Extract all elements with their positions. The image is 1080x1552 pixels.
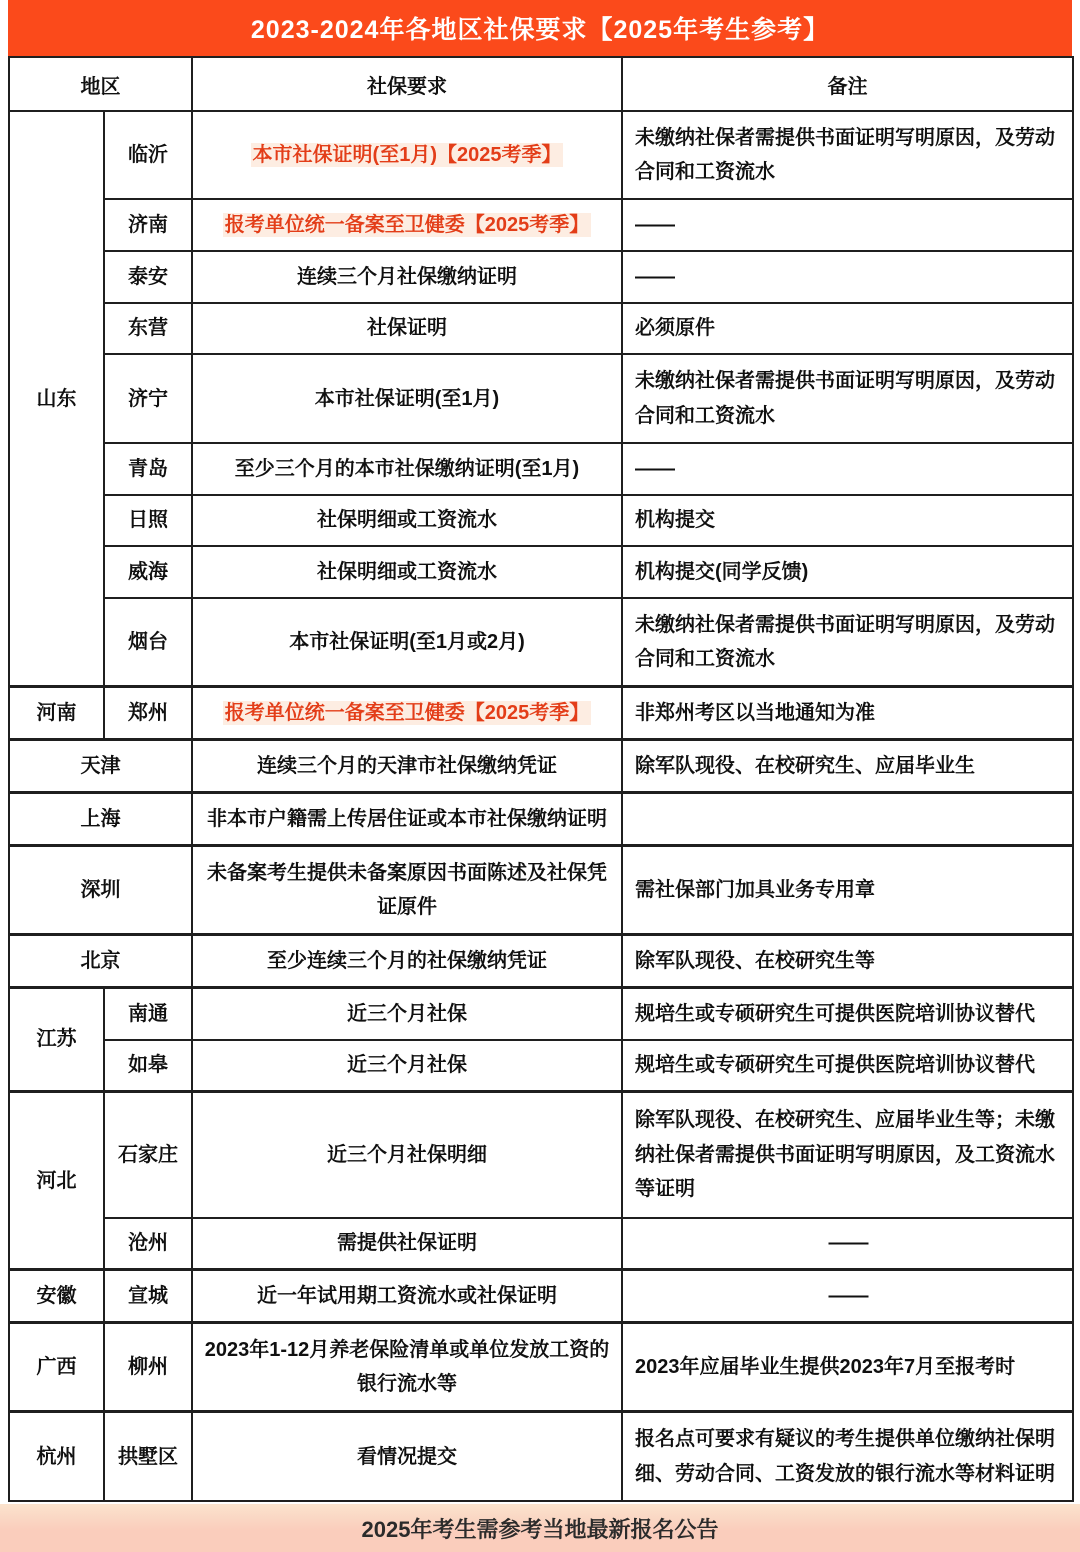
requirement-cell: 社保明细或工资流水 <box>192 495 622 547</box>
region-cell: 天津 <box>9 740 192 793</box>
table-row: 上海非本市户籍需上传居住证或本市社保缴纳证明 <box>9 792 1073 845</box>
table-row: 安徽宣城近一年试用期工资流水或社保证明—— <box>9 1270 1073 1323</box>
note-cell <box>622 792 1073 845</box>
city-cell: 东营 <box>104 303 192 355</box>
note-cell: —— <box>622 199 1073 251</box>
requirement-cell: 近一年试用期工资流水或社保证明 <box>192 1270 622 1323</box>
table-row: 河北石家庄近三个月社保明细除军队现役、在校研究生、应届毕业生等；未缴纳社保者需提… <box>9 1092 1073 1218</box>
region-cell: 深圳 <box>9 845 192 934</box>
city-cell: 青岛 <box>104 443 192 495</box>
table-row: 济南报考单位统一备案至卫健委【2025考季】—— <box>9 199 1073 251</box>
note-cell: 规培生或专硕研究生可提供医院培训协议替代 <box>622 1040 1073 1092</box>
city-cell: 济宁 <box>104 354 192 442</box>
title-bar: 2023-2024年各地区社保要求【2025年考生参考】 <box>8 0 1072 56</box>
header-requirement: 社保要求 <box>192 57 622 111</box>
city-cell: 南通 <box>104 987 192 1039</box>
requirement-cell: 需提供社保证明 <box>192 1218 622 1270</box>
note-cell: —— <box>622 251 1073 303</box>
city-cell: 临沂 <box>104 111 192 199</box>
table-row: 天津连续三个月的天津市社保缴纳凭证除军队现役、在校研究生、应届毕业生 <box>9 740 1073 793</box>
city-cell: 泰安 <box>104 251 192 303</box>
highlighted-requirement-text: 本市社保证明(至1月)【2025考季】 <box>251 143 564 167</box>
table-row: 烟台本市社保证明(至1月或2月)未缴纳社保者需提供书面证明写明原因，及劳动合同和… <box>9 598 1073 687</box>
requirement-cell: 连续三个月社保缴纳证明 <box>192 251 622 303</box>
table-row: 东营社保证明必须原件 <box>9 303 1073 355</box>
table-row: 广西柳州2023年1-12月养老保险清单或单位发放工资的银行流水等2023年应届… <box>9 1323 1073 1412</box>
city-cell: 柳州 <box>104 1323 192 1412</box>
table-row: 杭州拱墅区看情况提交报名点可要求有疑议的考生提供单位缴纳社保明细、劳动合同、工资… <box>9 1412 1073 1501</box>
requirement-cell: 2023年1-12月养老保险清单或单位发放工资的银行流水等 <box>192 1323 622 1412</box>
region-cell: 广西 <box>9 1323 104 1412</box>
requirement-cell: 社保证明 <box>192 303 622 355</box>
requirement-cell: 报考单位统一备案至卫健委【2025考季】 <box>192 687 622 740</box>
city-cell: 烟台 <box>104 598 192 687</box>
table-row: 日照社保明细或工资流水机构提交 <box>9 495 1073 547</box>
footer-banner: 2025年考生需参考当地最新报名公告 <box>0 1504 1080 1552</box>
table-row: 泰安连续三个月社保缴纳证明—— <box>9 251 1073 303</box>
city-cell: 拱墅区 <box>104 1412 192 1501</box>
highlighted-requirement-text: 报考单位统一备案至卫健委【2025考季】 <box>223 213 592 237</box>
header-region: 地区 <box>9 57 192 111</box>
region-cell: 杭州 <box>9 1412 104 1501</box>
region-cell: 河南 <box>9 687 104 740</box>
requirement-cell: 报考单位统一备案至卫健委【2025考季】 <box>192 199 622 251</box>
note-cell: 规培生或专硕研究生可提供医院培训协议替代 <box>622 987 1073 1039</box>
region-cell: 安徽 <box>9 1270 104 1323</box>
requirement-cell: 本市社保证明(至1月)【2025考季】 <box>192 111 622 199</box>
note-cell: 机构提交(同学反馈) <box>622 546 1073 598</box>
note-cell: 未缴纳社保者需提供书面证明写明原因，及劳动合同和工资流水 <box>622 598 1073 687</box>
page: 2023-2024年各地区社保要求【2025年考生参考】 地区 社保要求 备注 … <box>0 0 1080 1552</box>
note-cell: 非郑州考区以当地通知为准 <box>622 687 1073 740</box>
note-cell: 2023年应届毕业生提供2023年7月至报考时 <box>622 1323 1073 1412</box>
requirements-table: 地区 社保要求 备注 山东临沂本市社保证明(至1月)【2025考季】未缴纳社保者… <box>8 56 1074 1502</box>
region-cell: 河北 <box>9 1092 104 1270</box>
region-cell: 江苏 <box>9 987 104 1091</box>
note-cell: —— <box>622 1270 1073 1323</box>
region-cell: 北京 <box>9 935 192 988</box>
note-cell: 未缴纳社保者需提供书面证明写明原因，及劳动合同和工资流水 <box>622 354 1073 442</box>
note-cell: 机构提交 <box>622 495 1073 547</box>
requirement-cell: 至少连续三个月的社保缴纳凭证 <box>192 935 622 988</box>
city-cell: 沧州 <box>104 1218 192 1270</box>
note-cell: 必须原件 <box>622 303 1073 355</box>
note-cell: 未缴纳社保者需提供书面证明写明原因，及劳动合同和工资流水 <box>622 111 1073 199</box>
requirement-cell: 连续三个月的天津市社保缴纳凭证 <box>192 740 622 793</box>
table-row: 山东临沂本市社保证明(至1月)【2025考季】未缴纳社保者需提供书面证明写明原因… <box>9 111 1073 199</box>
requirement-cell: 至少三个月的本市社保缴纳证明(至1月) <box>192 443 622 495</box>
requirement-cell: 近三个月社保 <box>192 987 622 1039</box>
note-cell: 除军队现役、在校研究生等 <box>622 935 1073 988</box>
requirement-cell: 近三个月社保明细 <box>192 1092 622 1218</box>
footer-text: 2025年考生需参考当地最新报名公告 <box>362 1513 719 1544</box>
table-row: 河南郑州报考单位统一备案至卫健委【2025考季】非郑州考区以当地通知为准 <box>9 687 1073 740</box>
requirement-cell: 社保明细或工资流水 <box>192 546 622 598</box>
note-cell: 需社保部门加具业务专用章 <box>622 845 1073 934</box>
requirement-cell: 本市社保证明(至1月) <box>192 354 622 442</box>
city-cell: 如皋 <box>104 1040 192 1092</box>
city-cell: 郑州 <box>104 687 192 740</box>
requirement-cell: 未备案考生提供未备案原因书面陈述及社保凭证原件 <box>192 845 622 934</box>
requirement-cell: 看情况提交 <box>192 1412 622 1501</box>
city-cell: 宣城 <box>104 1270 192 1323</box>
table-row: 江苏南通近三个月社保规培生或专硕研究生可提供医院培训协议替代 <box>9 987 1073 1039</box>
table-row: 深圳未备案考生提供未备案原因书面陈述及社保凭证原件需社保部门加具业务专用章 <box>9 845 1073 934</box>
note-cell: —— <box>622 443 1073 495</box>
city-cell: 石家庄 <box>104 1092 192 1218</box>
header-row: 地区 社保要求 备注 <box>9 57 1073 111</box>
requirement-cell: 本市社保证明(至1月或2月) <box>192 598 622 687</box>
table-body: 山东临沂本市社保证明(至1月)【2025考季】未缴纳社保者需提供书面证明写明原因… <box>9 111 1073 1501</box>
table-row: 青岛至少三个月的本市社保缴纳证明(至1月)—— <box>9 443 1073 495</box>
city-cell: 济南 <box>104 199 192 251</box>
city-cell: 威海 <box>104 546 192 598</box>
note-cell: 除军队现役、在校研究生、应届毕业生 <box>622 740 1073 793</box>
requirement-cell: 近三个月社保 <box>192 1040 622 1092</box>
page-title: 2023-2024年各地区社保要求【2025年考生参考】 <box>251 10 829 46</box>
table-row: 如皋近三个月社保规培生或专硕研究生可提供医院培训协议替代 <box>9 1040 1073 1092</box>
note-cell: —— <box>622 1218 1073 1270</box>
highlighted-requirement-text: 报考单位统一备案至卫健委【2025考季】 <box>223 701 592 725</box>
table-row: 沧州需提供社保证明—— <box>9 1218 1073 1270</box>
table-row: 北京至少连续三个月的社保缴纳凭证除军队现役、在校研究生等 <box>9 935 1073 988</box>
city-cell: 日照 <box>104 495 192 547</box>
note-cell: 除军队现役、在校研究生、应届毕业生等；未缴纳社保者需提供书面证明写明原因，及工资… <box>622 1092 1073 1218</box>
table-row: 威海社保明细或工资流水机构提交(同学反馈) <box>9 546 1073 598</box>
header-note: 备注 <box>622 57 1073 111</box>
table-row: 济宁本市社保证明(至1月)未缴纳社保者需提供书面证明写明原因，及劳动合同和工资流… <box>9 354 1073 442</box>
requirement-cell: 非本市户籍需上传居住证或本市社保缴纳证明 <box>192 792 622 845</box>
region-cell: 山东 <box>9 111 104 687</box>
region-cell: 上海 <box>9 792 192 845</box>
note-cell: 报名点可要求有疑议的考生提供单位缴纳社保明细、劳动合同、工资发放的银行流水等材料… <box>622 1412 1073 1501</box>
